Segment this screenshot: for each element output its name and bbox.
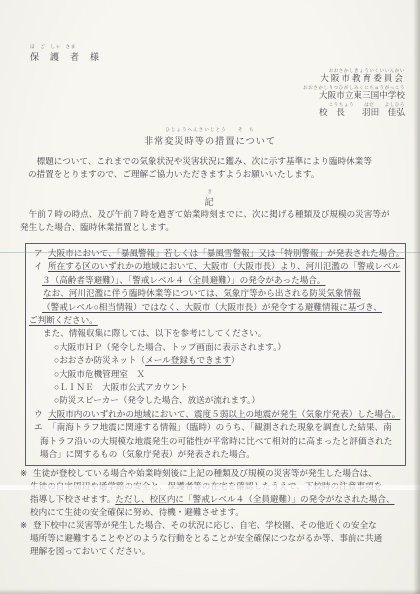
note-2-line-1: ※登下校中に災害等が発生した場合、その状況に応じ、自宅、学校園、その他近くの安全… xyxy=(20,519,412,532)
criterion-e-marker: エ xyxy=(34,421,48,434)
info-source-speaker: ○防災スピーカー（発令した場合、放送が流れます。） xyxy=(26,394,405,407)
criterion-i-line-2: ３（高齢者等避難）」、「警戒レベル４（全員避難）」の発令があった場合。 xyxy=(26,274,405,287)
criterion-i-marker: イ xyxy=(34,260,48,273)
ki-furigana: き xyxy=(0,189,420,194)
criterion-i-note-2: （警戒レベル○相当情報）ではなく、大阪市（大阪市長）が発令する避難情報に基づき、 xyxy=(26,301,405,314)
criterion-a: ア大阪市において、「暴風警報」若しくは「暴風雪警報」又は「特別警報」が発表された… xyxy=(26,247,405,260)
note-2: ※登下校中に災害等が発生した場合、その状況に応じ、自宅、学校園、その他近くの安全… xyxy=(20,519,412,558)
title-furigana: ひじょうへんさいじとう そ ち xyxy=(0,127,420,132)
sender-principal-name: 校 長 羽田 佳弘 xyxy=(303,108,405,117)
note-2-line-2: 場所等に避難することやどのような行動をとることが安全確保につながるか等、事前に共… xyxy=(20,532,412,545)
criterion-a-marker: ア xyxy=(34,247,48,260)
sender-block: おおさかしきょういくいいんかい 大阪市教育委員会 おおさかしりつひがしみくにちゅ… xyxy=(303,68,405,119)
note-1-line-1: ※生徒が登校している場合や始業時刻後に上記の種類及び規模の災害等が発生した場合は… xyxy=(20,467,412,480)
criterion-a-text: 大阪市において、「暴風警報」若しくは「暴風雪警報」又は「特別警報」が発表された場… xyxy=(48,248,404,258)
note-1: ※生徒が登校している場合や始業時刻後に上記の種類及び規模の災害等が発生した場合は… xyxy=(20,467,412,519)
sender-principal: こうちょう はだ よしひろ 校 長 羽田 佳弘 xyxy=(303,102,405,117)
criterion-e-line-1: エ「南海トラフ地震に関連する情報」（臨時）のうち、「観測された現象を調査した結果… xyxy=(26,421,405,434)
note-1-line-4: 校内にて生徒の安全確保に努め、待機・避難させます。 xyxy=(20,506,412,519)
note-2-line-3: 理解を図っておいてください。 xyxy=(20,545,412,558)
criterion-i-note-1: なお、河川氾濫に伴う臨時休業等については、気象庁等から出される防災気象情報 xyxy=(26,287,405,300)
page-title: 非常変災時等の措置について xyxy=(0,133,420,147)
info-source-bousai-net: ○おおさか防災ネット（メール登録もできます） xyxy=(26,354,405,367)
info-source-line-account: ○ＬＩＮＥ 大阪市公式アカウント xyxy=(26,381,405,394)
ki-text: 記 xyxy=(0,195,420,208)
intro-line-1: 標題について、これまでの気象状況や災害状況に鑑み、次に示す基準により臨時休業等 xyxy=(28,155,408,168)
sender-school: おおさかしりつひがしみくにちゅうがっこう 大阪市立東三国中学校 xyxy=(303,85,405,100)
criterion-e-line-2: 海トラフ沿いの大規模な地震発生の可能性が平常時に比べて相対的に高まったと評価され… xyxy=(26,435,405,448)
criterion-i-line-1: イ所在する区のいずれかの地域において、大阪市（大阪市長）より、河川氾濫の「警戒レ… xyxy=(26,260,405,273)
recipient-name: 保 護 者 様 xyxy=(30,50,100,63)
info-source-kikikanri-x: ○大阪市危機管理室 Ｘ xyxy=(26,368,405,381)
intro-paragraph: 標題について、これまでの気象状況や災害状況に鑑み、次に示す基準により臨時休業等 … xyxy=(28,155,408,181)
note-1-line-3: 指導し下校させます。ただし、校区内に「警戒レベル４（全員避難）」の発令がなされた… xyxy=(20,493,412,506)
scan-band-artifact xyxy=(0,485,420,490)
document-page: ほ ご しゃ さま 保 護 者 様 おおさかしきょういくいいんかい 大阪市教育委… xyxy=(0,0,420,594)
recipient-block: ほ ご しゃ さま 保 護 者 様 xyxy=(30,44,100,63)
sender-school-name: 大阪市立東三国中学校 xyxy=(303,91,405,100)
note-2-marker: ※ xyxy=(20,519,33,532)
lead-line-2: 発生した場合、臨時休業措置とします。 xyxy=(20,221,408,234)
lead-paragraph: 午前７時の時点、及び午前７時を過ぎて始業時刻までに、次に掲げる種類及び規模の災害… xyxy=(20,208,408,234)
ki-separator: き 記 xyxy=(0,189,420,208)
criterion-e-line-3: 場合」に関するもの（気象庁発表）が発表された場合。 xyxy=(26,448,405,461)
sender-org-name: 大阪市教育委員会 xyxy=(303,74,405,83)
note-1-marker: ※ xyxy=(20,467,33,480)
criterion-u-marker: ウ xyxy=(34,408,48,421)
criteria-box: ア大阪市において、「暴風警報」若しくは「暴風雪警報」又は「特別警報」が発表された… xyxy=(25,243,406,466)
criterion-u-text: 大阪市内のいずれかの地域において、震度５弱以上の地震が発生（気象庁発表）した場合… xyxy=(48,409,400,419)
scan-line-artifact xyxy=(0,252,420,253)
criterion-i-note-3: ご判断ください。 xyxy=(26,314,405,327)
recipient-furigana: ほ ご しゃ さま xyxy=(30,44,100,49)
info-intro-line: また、情報収集に際しては、以下を参考にしてください。 xyxy=(26,327,405,340)
page-edge-shadow-right xyxy=(413,0,420,594)
intro-line-2: の措置をとりますので、ご理解ご協力いただきますようお願いいたします。 xyxy=(28,168,408,181)
info-source-city-hp: ○大阪市ＨＰ（発令した場合、トップ画面に表示されます。） xyxy=(26,341,405,354)
lead-line-1: 午前７時の時点、及び午前７時を過ぎて始業時刻までに、次に掲げる種類及び規模の災害… xyxy=(20,208,408,221)
page-edge-shadow-bottom xyxy=(0,589,420,594)
title-block: ひじょうへんさいじとう そ ち 非常変災時等の措置について xyxy=(0,127,420,147)
criterion-u: ウ大阪市内のいずれかの地域において、震度５弱以上の地震が発生（気象庁発表）した場… xyxy=(26,408,405,421)
sender-org: おおさかしきょういくいいんかい 大阪市教育委員会 xyxy=(303,68,405,83)
